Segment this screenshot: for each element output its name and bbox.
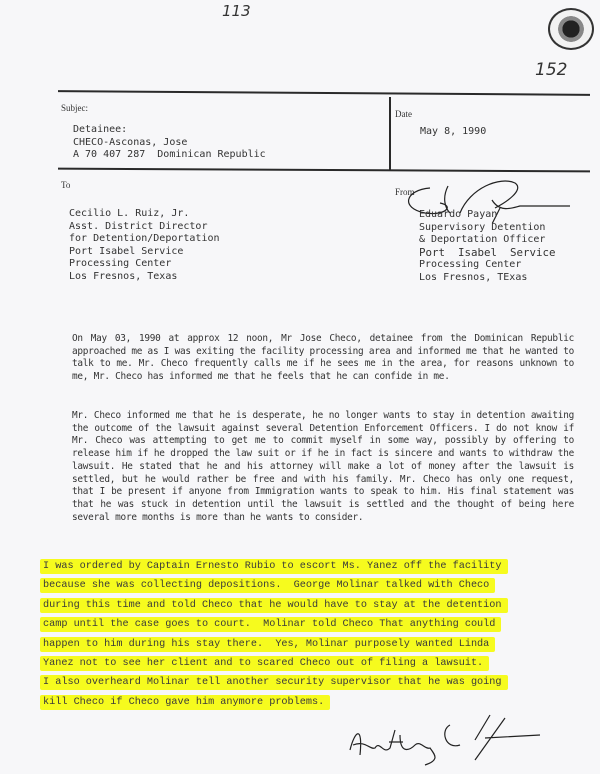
from-line: Port Isabel Service: [419, 247, 556, 260]
bottom-signature: [345, 710, 545, 770]
date-label: Date: [395, 109, 412, 119]
from-line: Eduardo Payan: [419, 209, 556, 222]
from-line: & Deportation Officer: [419, 234, 556, 247]
body-paragraph-1: On May 03, 1990 at approx 12 noon, Mr Jo…: [72, 333, 574, 384]
body-paragraph-2: Mr. Checo informed me that he is despera…: [72, 410, 574, 524]
highlighted-statement: I was ordered by Captain Ernesto Rubio t…: [40, 557, 520, 712]
highlighted-line: Yanez not to see her client and to scare…: [40, 654, 520, 673]
to-line: Port Isabel Service: [69, 246, 220, 259]
from-line: Los Fresnos, TExas: [419, 272, 556, 285]
highlighted-line: because she was collecting depositions. …: [40, 576, 520, 595]
date-value: May 8, 1990: [420, 126, 486, 139]
subject-date-divider: [389, 97, 391, 171]
highlighted-line: happen to him during his stay there. Yes…: [40, 635, 520, 654]
from-line: Supervisory Detention: [419, 222, 556, 235]
to-line: Processing Center: [69, 258, 220, 271]
from-line: Processing Center: [419, 259, 556, 272]
highlighted-line: camp until the case goes to court. Molin…: [40, 615, 520, 634]
agency-seal-icon: [548, 8, 594, 50]
top-rule: [58, 90, 590, 95]
to-line: Asst. District Director: [69, 221, 220, 234]
handwritten-page-number: 152: [535, 60, 567, 80]
header-rule: [58, 168, 590, 172]
subject-line: A 70 407 287 Dominican Republic: [73, 149, 266, 162]
highlighted-line: I was ordered by Captain Ernesto Rubio t…: [40, 557, 520, 576]
to-address-block: Cecilio L. Ruiz, Jr. Asst. District Dire…: [69, 208, 220, 284]
to-line: Los Fresnos, Texas: [69, 271, 220, 284]
subject-line: Detainee:: [73, 124, 266, 137]
from-address-block: Eduardo Payan Supervisory Detention & De…: [419, 209, 556, 285]
to-label: To: [61, 180, 70, 190]
to-line: Cecilio L. Ruiz, Jr.: [69, 208, 220, 221]
highlighted-line: I also overheard Molinar tell another se…: [40, 673, 520, 692]
highlighted-line: during this time and told Checo that he …: [40, 596, 520, 615]
subject-line: CHECO-Asconas, Jose: [73, 137, 266, 150]
handwritten-top-number: 113: [222, 2, 251, 20]
subject-label: Subjec:: [61, 103, 88, 113]
to-line: for Detention/Deportation: [69, 233, 220, 246]
subject-block: Detainee: CHECO-Asconas, Jose A 70 407 2…: [73, 124, 266, 162]
